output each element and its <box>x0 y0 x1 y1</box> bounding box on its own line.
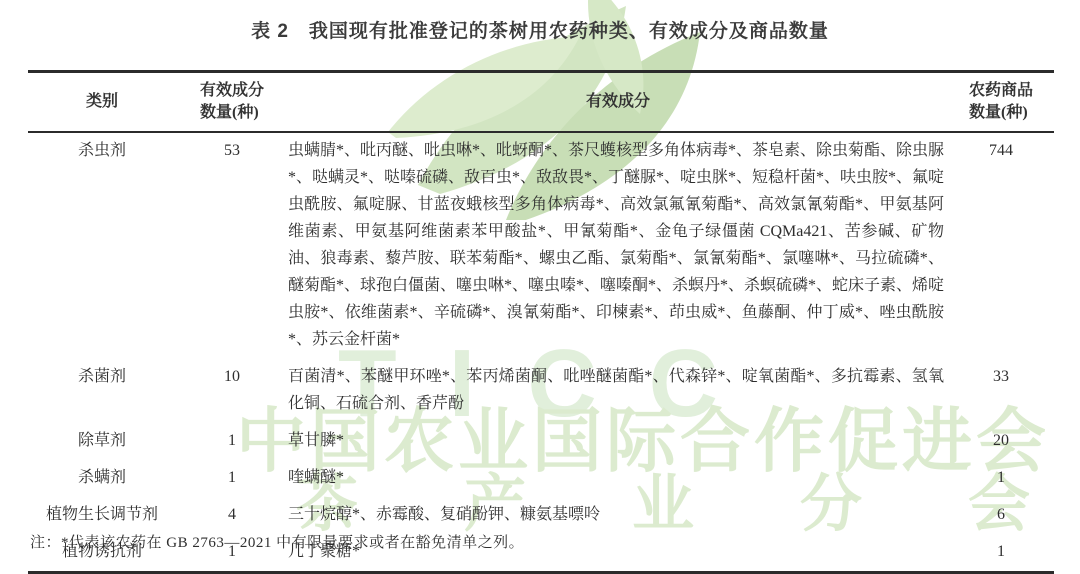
table-caption: 表 2 我国现有批准登记的茶树用农药种类、有效成分及商品数量 <box>0 16 1080 43</box>
footnote: 注：*代表该农药在 GB 2763—2021 中有限量要求或者在豁免清单之列。 <box>30 531 524 552</box>
cell-category: 植物生长调节剂 <box>28 501 176 528</box>
cell-product-count: 1 <box>948 464 1054 491</box>
table-row-fungicide: 杀菌剂 10 百菌清*、苯醚甲环唑*、苯丙烯菌酮、吡唑醚菌酯*、代森锌*、啶氧菌… <box>28 359 1054 423</box>
header-ingredient-count-line2: 数量(种) <box>200 102 264 124</box>
cell-category: 杀菌剂 <box>28 363 176 417</box>
cell-ingredient-count: 53 <box>176 137 288 353</box>
table-row-insecticide: 杀虫剂 53 虫螨腈*、吡丙醚、吡虫啉*、吡蚜酮*、茶尺蠖核型多角体病毒*、茶皂… <box>28 133 1054 359</box>
table-header-row: 类别 有效成分 数量(种) 有效成分 农药商品 数量(种) <box>28 73 1054 133</box>
cell-product-count: 33 <box>948 363 1054 417</box>
cell-ingredients: 三十烷醇*、赤霉酸、复硝酚钾、糠氨基嘌呤 <box>288 501 948 528</box>
cell-category: 杀虫剂 <box>28 137 176 353</box>
cell-product-count: 1 <box>948 538 1054 565</box>
header-ingredients: 有效成分 <box>288 91 948 113</box>
header-ingredient-count: 有效成分 数量(种) <box>176 80 288 124</box>
cell-product-count: 6 <box>948 501 1054 528</box>
table-row-growth-regulator: 植物生长调节剂 4 三十烷醇*、赤霉酸、复硝酚钾、糠氨基嘌呤 6 <box>28 497 1054 534</box>
header-ingredient-count-line1: 有效成分 <box>200 80 264 102</box>
cell-product-count: 744 <box>948 137 1054 353</box>
header-product-count: 农药商品 数量(种) <box>948 80 1054 124</box>
header-product-count-line2: 数量(种) <box>969 102 1033 124</box>
cell-ingredients: 喹螨醚* <box>288 464 948 491</box>
cell-ingredients: 百菌清*、苯醚甲环唑*、苯丙烯菌酮、吡唑醚菌酯*、代森锌*、啶氧菌酯*、多抗霉素… <box>288 363 948 417</box>
cell-ingredient-count: 1 <box>176 464 288 491</box>
cell-category: 杀螨剂 <box>28 464 176 491</box>
cell-product-count: 20 <box>948 427 1054 454</box>
cell-category: 除草剂 <box>28 427 176 454</box>
cell-ingredient-count: 4 <box>176 501 288 528</box>
cell-ingredient-count: 1 <box>176 427 288 454</box>
cell-ingredients: 虫螨腈*、吡丙醚、吡虫啉*、吡蚜酮*、茶尺蠖核型多角体病毒*、茶皂素、除虫菊酯、… <box>288 137 948 353</box>
header-product-count-line1: 农药商品 <box>969 80 1033 102</box>
table-row-acaricide: 杀螨剂 1 喹螨醚* 1 <box>28 460 1054 497</box>
table-row-herbicide: 除草剂 1 草甘膦* 20 <box>28 423 1054 460</box>
cell-ingredients: 草甘膦* <box>288 427 948 454</box>
header-category: 类别 <box>28 91 176 113</box>
pesticide-table: 类别 有效成分 数量(种) 有效成分 农药商品 数量(种) 杀虫剂 53 虫螨腈… <box>28 70 1054 574</box>
cell-ingredient-count: 10 <box>176 363 288 417</box>
